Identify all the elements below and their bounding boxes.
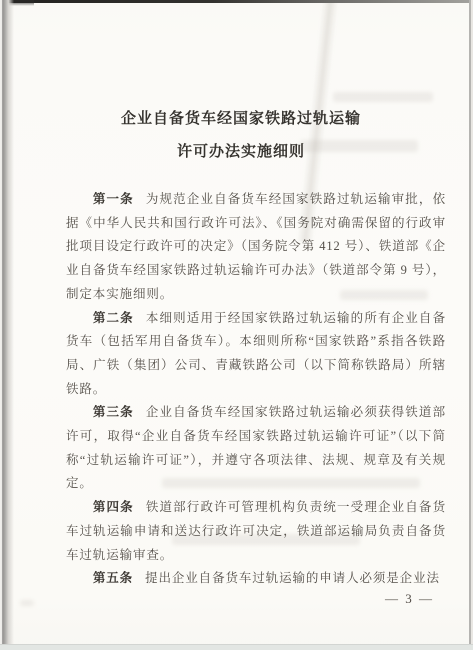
paragraph-article-4: 第四条铁道部行政许可管理机构负责统一受理企业自备货车过轨运输申请和送达行政许可决… [66, 496, 446, 567]
title-line-1: 企业自备货车经国家铁路过轨运输 [51, 103, 431, 136]
paragraph-article-2: 第二条本细则适用于经国家铁路过轨运输的所有企业自备货车（包括军用自备货车）。本细… [66, 307, 446, 402]
paragraph-article-3: 第三条企业自备货车经国家铁路过轨运输必须获得铁道部许可，取得“企业自备货车经国家… [66, 401, 446, 496]
article-label: 第四条 [93, 500, 134, 514]
article-text: 提出企业自备货车过轨运输的申请人必须是企业法 [145, 571, 440, 585]
scanned-page: 企业自备货车经国家铁路过轨运输 许可办法实施细则 第一条为规范企业自备货车经国家… [0, 0, 473, 650]
scanner-edge-bottom [0, 644, 473, 650]
document-content: 企业自备货车经国家铁路过轨运输 许可办法实施细则 第一条为规范企业自备货车经国家… [66, 103, 446, 611]
article-label: 第三条 [93, 405, 134, 419]
title-line-2: 许可办法实施细则 [51, 136, 431, 169]
scanner-edge-left [0, 0, 14, 650]
paragraph-article-1: 第一条为规范企业自备货车经国家铁路过轨运输审批，依据《中华人民共和国行政许可法》… [66, 188, 446, 307]
scanner-edge-right [469, 0, 471, 650]
scan-smudge [20, 600, 34, 606]
scan-smudge [333, 92, 433, 102]
document-body: 第一条为规范企业自备货车经国家铁路过轨运输审批，依据《中华人民共和国行政许可法》… [66, 188, 446, 591]
article-label: 第二条 [93, 311, 134, 325]
article-text: 为规范企业自备货车经国家铁路过轨运输审批，依据《中华人民共和国行政许可法》、《国… [66, 192, 446, 301]
document-title: 企业自备货车经国家铁路过轨运输 许可办法实施细则 [51, 103, 431, 169]
article-label: 第五条 [93, 571, 133, 585]
scanner-edge-top [0, 0, 473, 3]
article-label: 第一条 [93, 192, 134, 206]
